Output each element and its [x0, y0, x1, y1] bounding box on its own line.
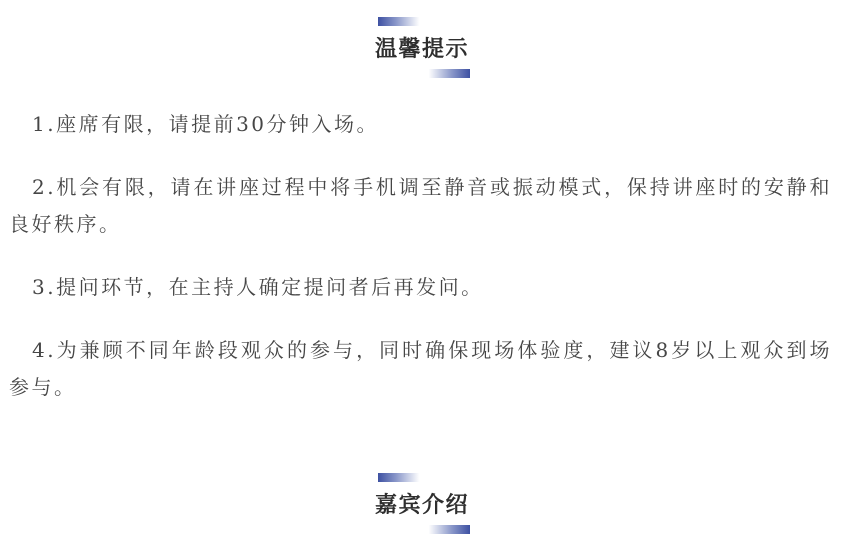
gradient-bar-bottom-right — [425, 525, 470, 534]
tips-list: 1.座席有限，请提前30分钟入场。 2.机会有限，请在讲座过程中将手机调至静音或… — [0, 106, 844, 406]
tip-item-3: 3.提问环节，在主持人确定提问者后再发问。 — [9, 269, 832, 306]
tip-item-2: 2.机会有限，请在讲座过程中将手机调至静音或振动模式，保持讲座时的安静和良好秩序… — [9, 169, 832, 243]
tip-item-1: 1.座席有限，请提前30分钟入场。 — [9, 106, 832, 143]
gradient-bar-bottom-right — [425, 69, 470, 78]
guests-section-title: 嘉宾介绍 — [375, 493, 469, 519]
section-header-guests: 嘉宾介绍 — [375, 473, 469, 534]
gradient-bar-top-left — [378, 17, 423, 26]
tip-item-4: 4.为兼顾不同年龄段观众的参与，同时确保现场体验度，建议8岁以上观众到场参与。 — [9, 332, 832, 406]
article-page: 温馨提示 1.座席有限，请提前30分钟入场。 2.机会有限，请在讲座过程中将手机… — [0, 0, 844, 543]
tips-section-title: 温馨提示 — [375, 37, 469, 63]
gradient-bar-top-left — [378, 473, 423, 482]
section-header-tips: 温馨提示 — [375, 17, 469, 78]
